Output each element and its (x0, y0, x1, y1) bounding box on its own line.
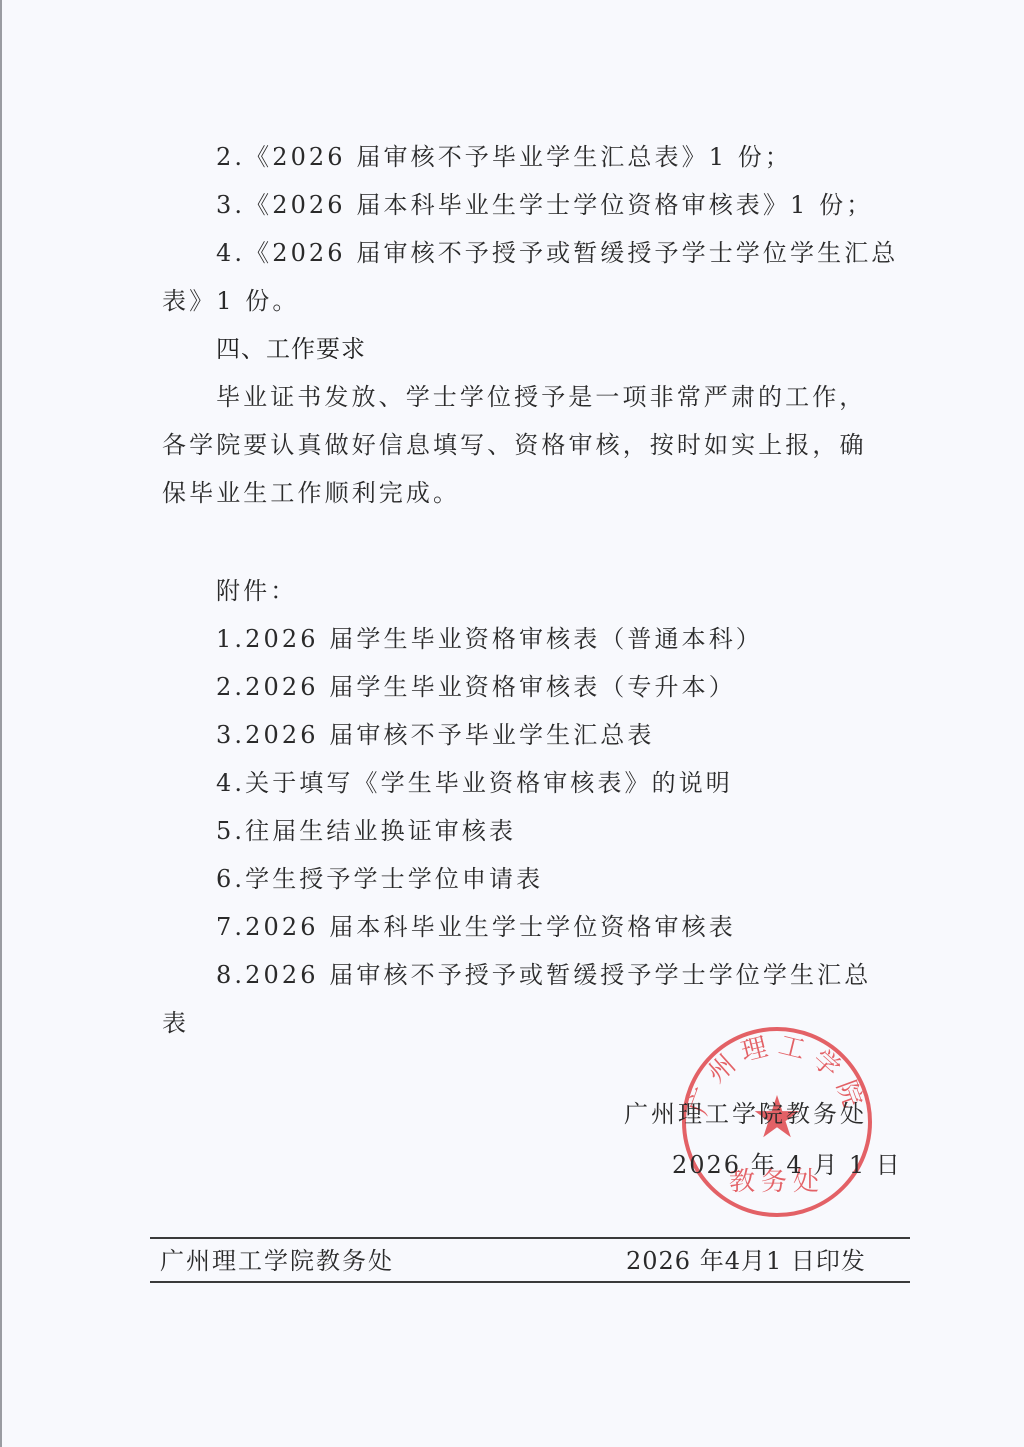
attachment-item: 2.2026 届学生毕业资格审核表（专升本） (216, 672, 736, 702)
attachment-item-continuation: 表 (162, 1008, 189, 1038)
list-item: 3.《2026 届本科毕业生学士学位资格审核表》1 份； (216, 190, 873, 220)
attachment-item: 8.2026 届审核不予授予或暂缓授予学士学位学生汇总 (216, 960, 871, 990)
footer-bottom-rule (150, 1281, 910, 1283)
attachment-item: 7.2026 届本科毕业生学士学位资格审核表 (216, 912, 736, 942)
footer-top-rule (150, 1237, 910, 1239)
list-item: 2.《2026 届审核不予毕业学生汇总表》1 份； (216, 142, 792, 172)
signature-issuer: 广州理工学院教务处 (624, 1099, 867, 1129)
attachment-item: 6.学生授予学士学位申请表 (216, 864, 543, 894)
page-edge (0, 0, 2, 1447)
attachment-item: 3.2026 届审核不予毕业学生汇总表 (216, 720, 655, 750)
paragraph-line: 各学院要认真做好信息填写、资格审核，按时如实上报，确 (162, 430, 867, 460)
list-item-continuation: 表》1 份。 (162, 286, 300, 316)
signature-date: 2026 年 4 月 1 日 (672, 1150, 902, 1180)
paragraph-line: 保毕业生工作顺利完成。 (162, 478, 460, 508)
footer-printed-date: 2026 年4月1 日印发 (626, 1246, 866, 1276)
list-item: 4.《2026 届审核不予授予或暂缓授予学士学位学生汇总 (216, 238, 898, 268)
attachment-item: 5.往届生结业换证审核表 (216, 816, 516, 846)
attachments-label: 附件： (216, 576, 297, 606)
attachment-item: 1.2026 届学生毕业资格审核表（普通本科） (216, 624, 763, 654)
attachment-item: 4.关于填写《学生毕业资格审核表》的说明 (216, 768, 733, 798)
footer-issuer: 广州理工学院教务处 (160, 1246, 394, 1276)
paragraph-line: 毕业证书发放、学士学位授予是一项非常严肃的工作， (216, 382, 866, 412)
section-heading: 四、工作要求 (216, 334, 366, 364)
